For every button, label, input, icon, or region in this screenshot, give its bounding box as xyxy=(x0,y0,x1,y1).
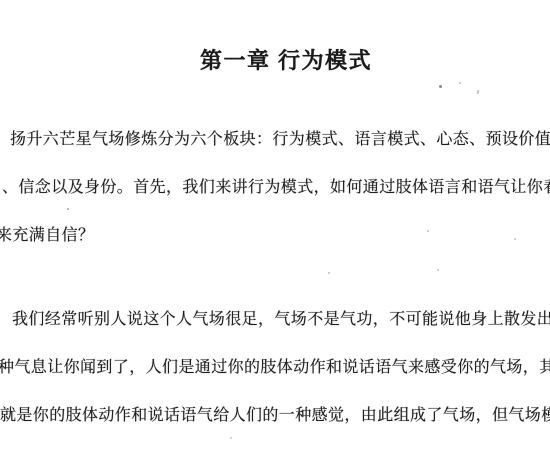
paragraph-2-line-1: 我们经常听别人说这个人气场很足，气场不是气功，不可能说他身上散发出 xyxy=(12,306,550,329)
paragraph-1-line-1: 扬升六芒星气场修炼分为六个板块：行为模式、语言模式、心态、预设价值 xyxy=(10,126,550,149)
scan-speck xyxy=(230,437,232,439)
scanned-book-page: 第一章 行为模式 扬升六芒星气场修炼分为六个板块：行为模式、语言模式、心态、预设… xyxy=(0,0,550,450)
scan-speck xyxy=(437,269,439,271)
chapter-title: 第一章 行为模式 xyxy=(0,44,550,75)
scan-speck xyxy=(328,272,330,274)
scan-speck xyxy=(514,238,516,240)
scan-speck xyxy=(459,82,461,84)
scan-speck xyxy=(439,85,442,88)
paragraph-2-line-3: 就是你的肢体动作和说话语气给人们的一种感觉，由此组成了气场，但气场模 xyxy=(0,402,550,425)
paragraph-2-line-2: 种气息让你闻到了，人们是通过你的肢体动作和说话语气来感受你的气场，其 xyxy=(0,354,550,377)
paragraph-1-line-2: 、信念以及身份。首先，我们来讲行为模式，如何通过肢体语言和语气让你看 xyxy=(2,174,550,197)
scan-speck xyxy=(476,90,479,94)
scan-speck xyxy=(67,208,69,210)
scan-speck xyxy=(427,230,429,232)
paragraph-1-line-3: 来充满自信？ xyxy=(0,222,94,245)
